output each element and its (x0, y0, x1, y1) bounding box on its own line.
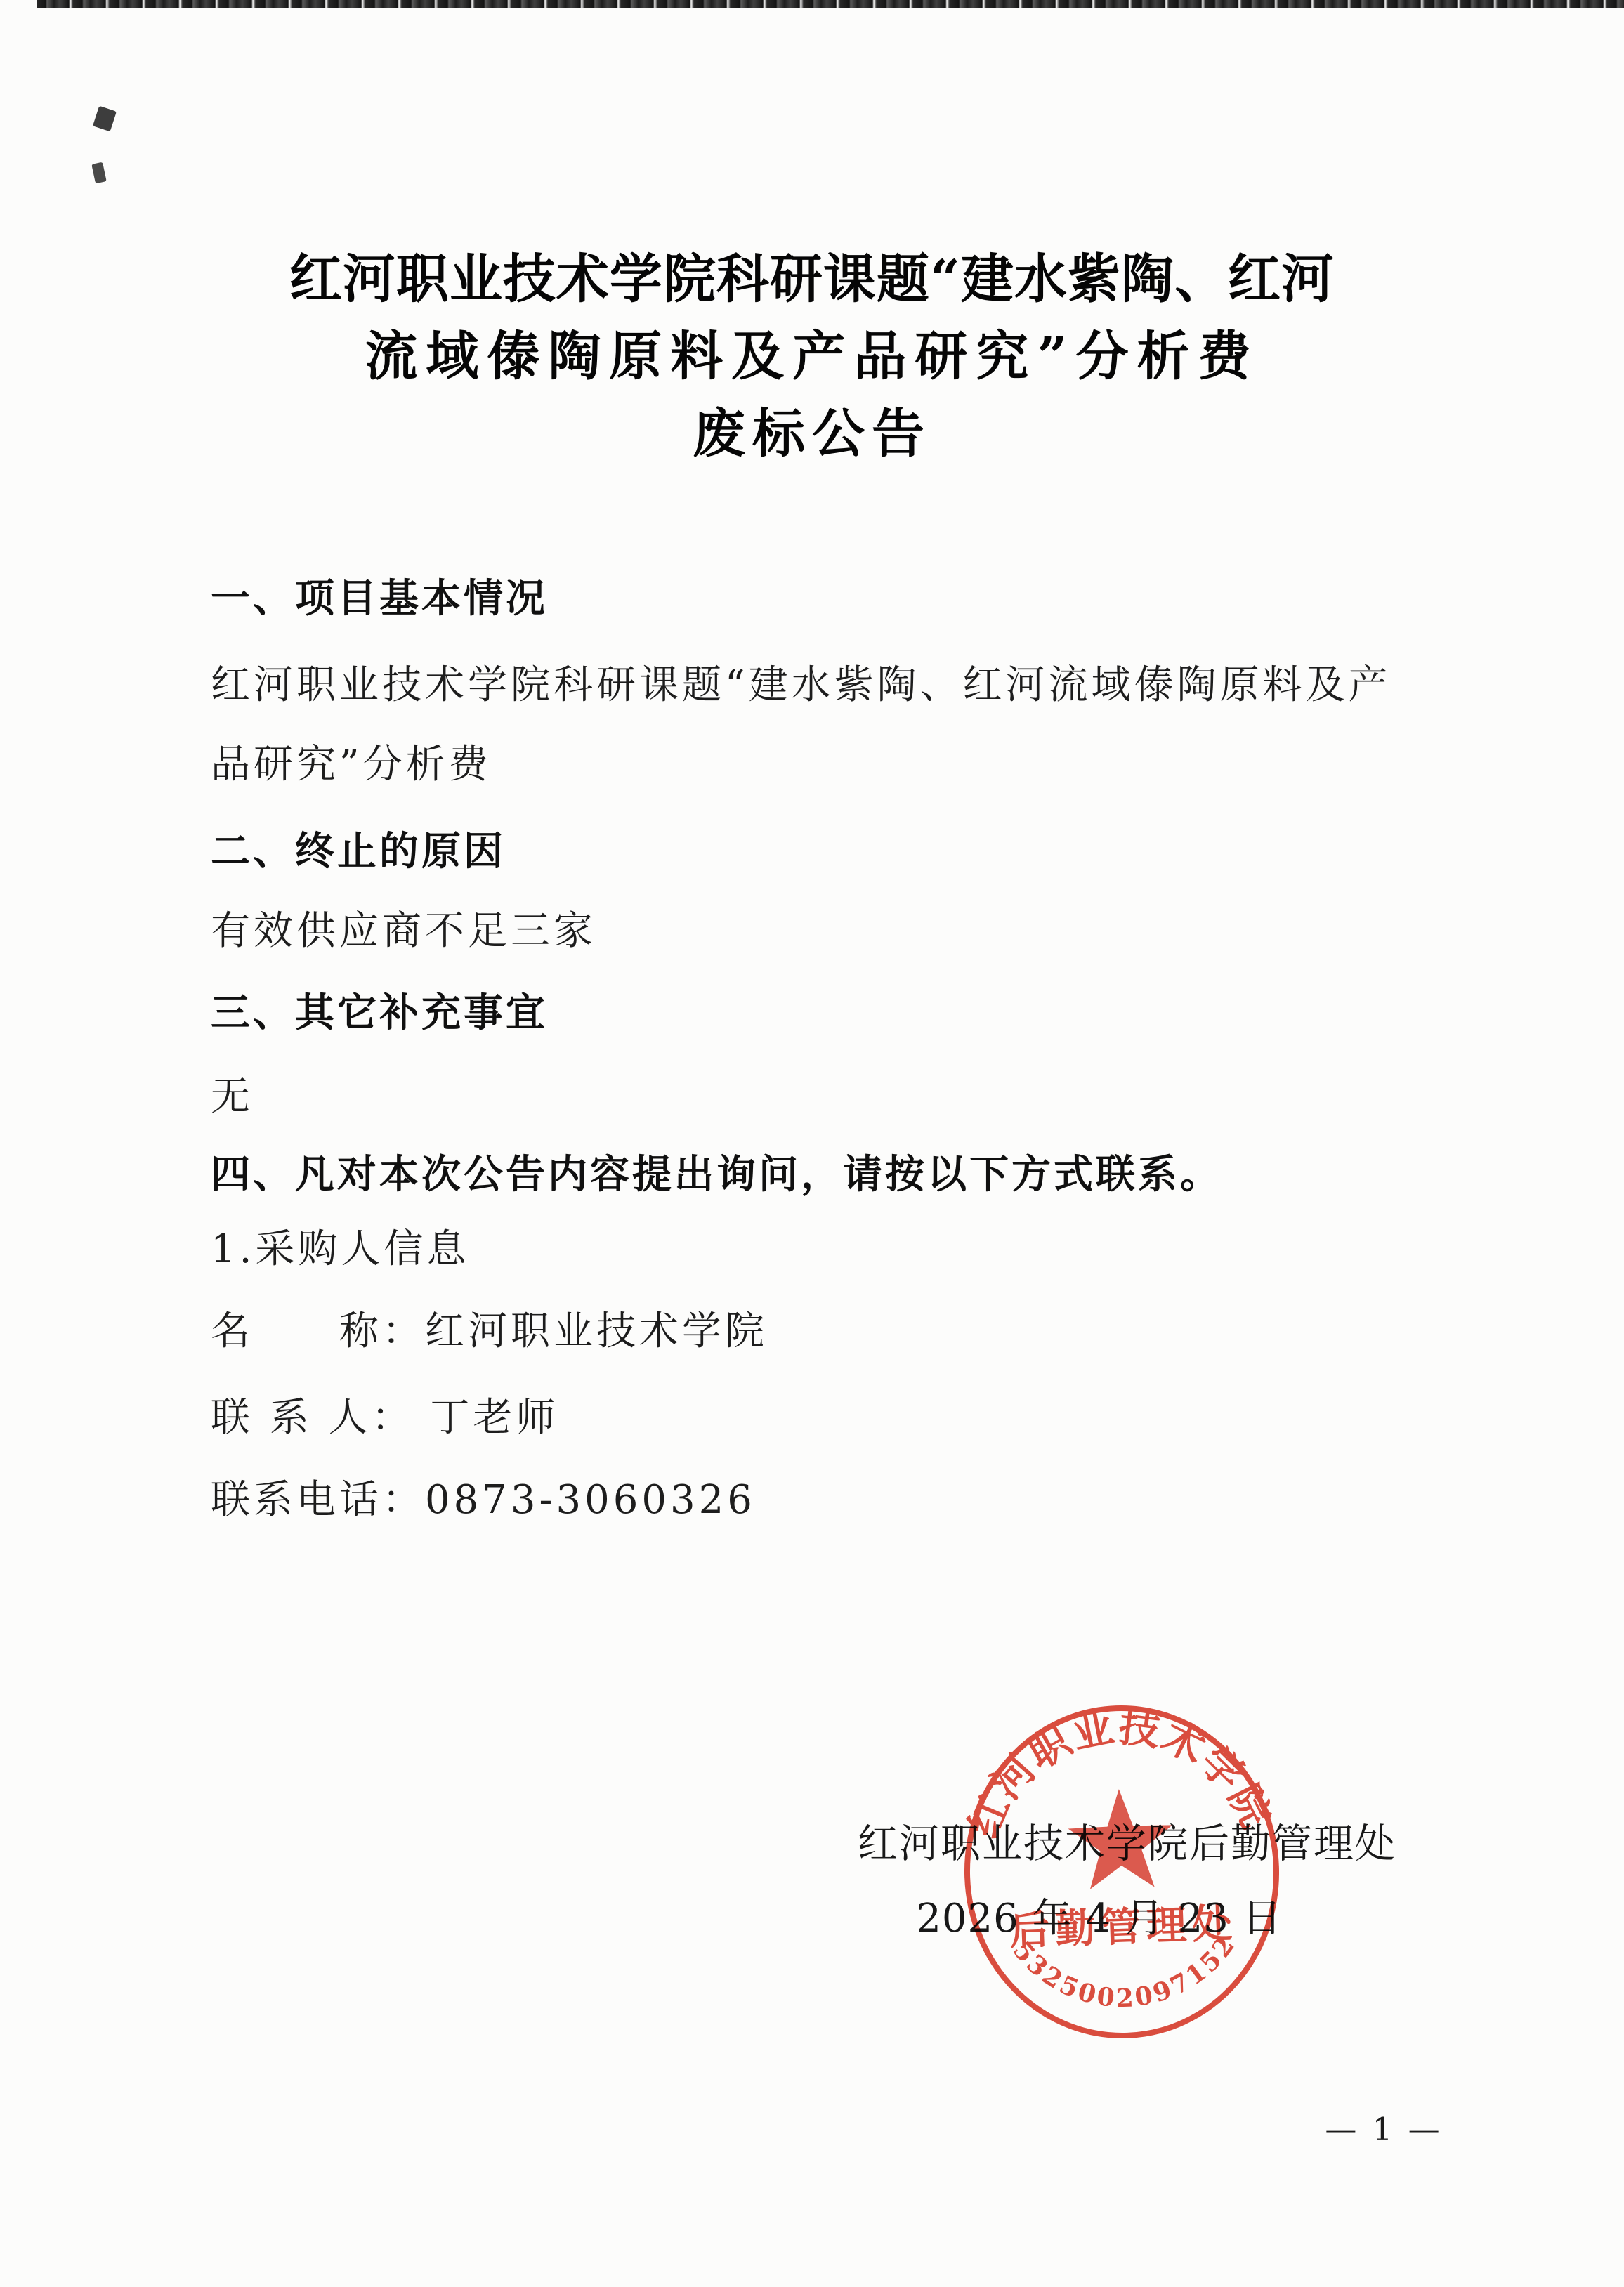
scan-artifact-speck (91, 162, 106, 184)
scanned-document-page: 红河职业技术学院科研课题“建水紫陶、红河 流域傣陶原料及产品研究”分析费 废标公… (0, 0, 1624, 2287)
contact-phone-line: 联系电话：0873-3060326 (211, 1459, 1427, 1541)
stamp-center-text: 后勤管理处 (1009, 1899, 1238, 1954)
title-line-3: 废标公告 (105, 395, 1519, 472)
section-1-body-line-1: 红河职业技术学院科研课题“建水紫陶、红河流域傣陶原料及产 (211, 644, 1427, 726)
scan-artifact-top-edge (37, 0, 1624, 8)
stamp-star-icon (1067, 1787, 1174, 1889)
section-1-body-line-2: 品研究”分析费 (211, 723, 1427, 806)
document-title: 红河职业技术学院科研课题“建水紫陶、红河 流域傣陶原料及产品研究”分析费 废标公… (105, 240, 1519, 472)
section-2-heading: 二、终止的原因 (211, 810, 1427, 892)
title-line-1: 红河职业技术学院科研课题“建水紫陶、红河 (105, 240, 1519, 317)
contact-person-line: 联 系 人： 丁老师 (211, 1377, 1427, 1459)
section-3-heading: 三、其它补充事宜 (211, 971, 1427, 1054)
section-2-body-line-1: 有效供应商不足三家 (211, 890, 1427, 972)
section-4-heading: 四、凡对本次公告内容提出询问，请按以下方式联系。 (211, 1133, 1427, 1215)
purchaser-info-label: 1.采购人信息 (211, 1208, 1427, 1290)
section-3-body-line-1: 无 (211, 1056, 1427, 1138)
scan-artifact-speck (93, 106, 117, 132)
title-line-2: 流域傣陶原料及产品研究”分析费 (105, 317, 1519, 395)
page-number: — 1 — (1299, 2109, 1468, 2151)
section-1-heading: 一、项目基本情况 (211, 557, 1427, 639)
official-seal-stamp: 红河职业技术学院 后勤管理处 5325002097152 (957, 1698, 1288, 2046)
purchaser-name-line: 名 称：红河职业技术学院 (211, 1290, 1427, 1372)
